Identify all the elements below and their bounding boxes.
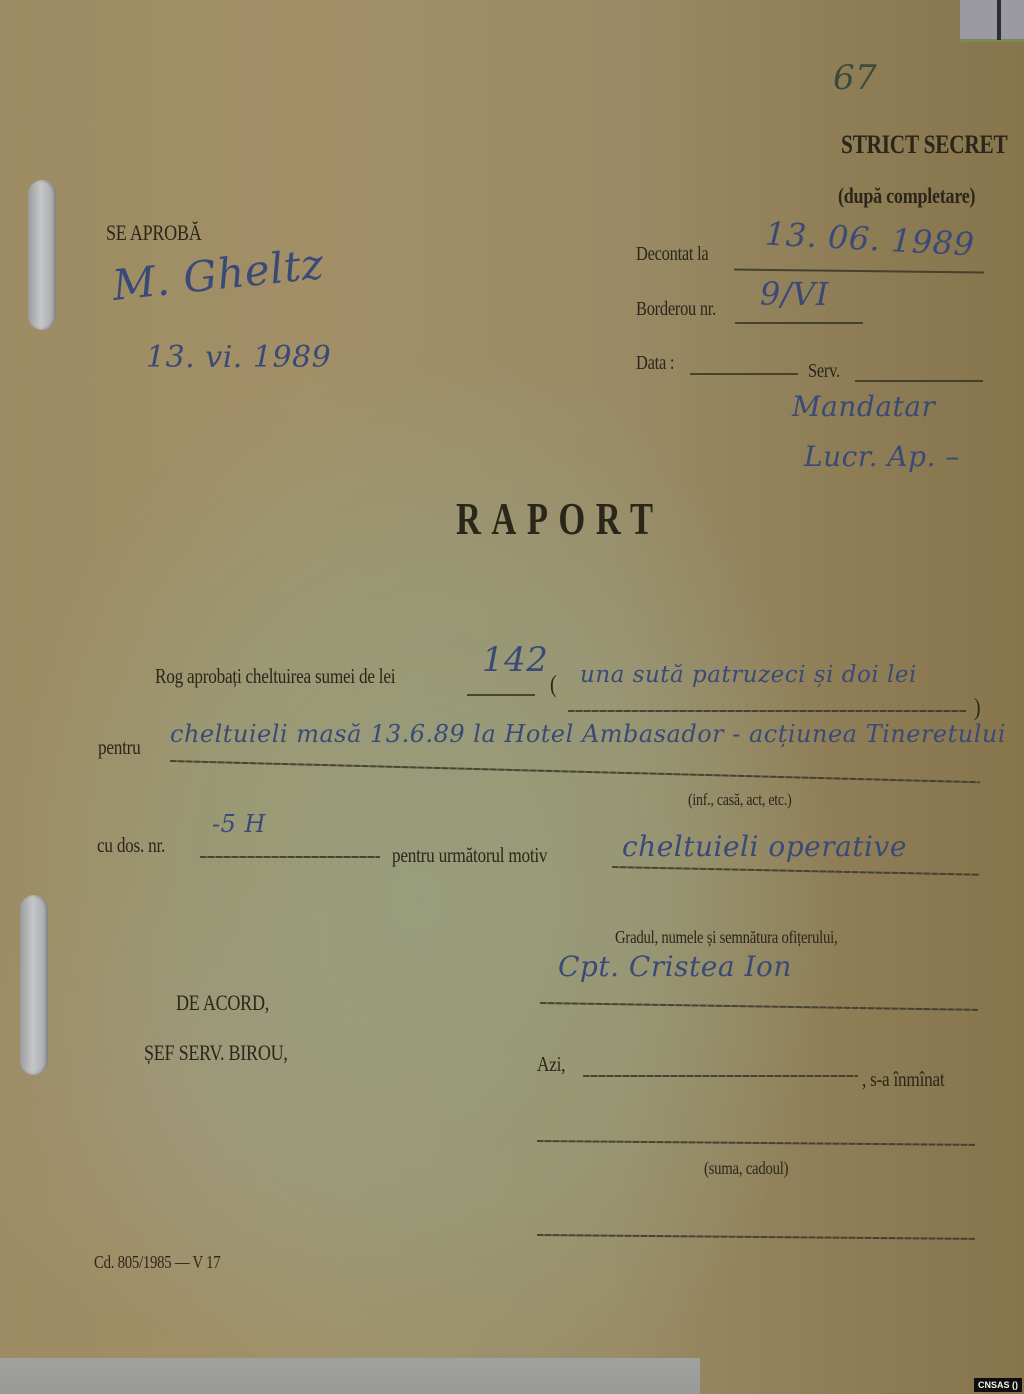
azi-label: Azi, <box>537 1052 565 1077</box>
officer-hint: Gradul, numele și semnătura ofițerului, <box>615 927 837 948</box>
agreement-label: DE ACORD, <box>176 990 269 1016</box>
approval-signature: M. Gheltz <box>110 239 326 310</box>
paren-close: ) <box>974 695 980 722</box>
classification-note: (după completare) <box>838 183 975 209</box>
scanner-edge-bottom <box>0 1358 700 1394</box>
dossier-label: cu dos. nr. <box>97 833 165 858</box>
borderou-value: 9/VI <box>760 275 829 313</box>
purpose-value: cheltuieli masă 13.6.89 la Hotel Ambasad… <box>170 720 1006 748</box>
borderou-field-line <box>735 322 863 324</box>
source-watermark: CNSAS () <box>974 1378 1022 1392</box>
approval-date: 13. vi. 1989 <box>146 340 331 375</box>
motive-value: cheltuieli operative <box>622 830 907 863</box>
page-number: 67 <box>833 58 877 98</box>
amount-in-words: una sută patruzeci și doi lei <box>580 662 917 688</box>
request-label: Rog aprobați cheltuirea sumei de lei <box>155 664 395 689</box>
decontat-value: 13. 06. 1989 <box>764 215 975 264</box>
purpose-field-line <box>170 760 980 783</box>
purpose-hint: (inf., casă, act, etc.) <box>688 790 791 810</box>
decontat-field-line <box>734 268 984 273</box>
borderou-label: Borderou nr. <box>636 298 716 321</box>
approval-label: SE APROBĂ <box>106 220 202 246</box>
officer-field-line <box>540 1002 978 1011</box>
amount-field-line <box>467 694 535 696</box>
document-title: RAPORT <box>456 492 663 545</box>
officer-signature: Cpt. Cristea Ion <box>558 950 792 983</box>
final-field-line <box>537 1234 975 1240</box>
azi-field-line <box>583 1075 858 1077</box>
inminat-label: , s-a înmînat <box>862 1067 944 1092</box>
paren-open: ( <box>550 672 556 699</box>
motive-label: pentru următorul motiv <box>392 843 547 868</box>
serv-label: Serv. <box>808 360 840 383</box>
form-code: Cd. 805/1985 — V 17 <box>94 1252 220 1273</box>
binder-hole-bottom-icon <box>20 895 48 1075</box>
suma-cadou-hint: (suma, cadoul) <box>704 1158 788 1179</box>
serv-value-line2: Lucr. Ap. – <box>804 440 960 473</box>
motive-field-line <box>612 866 980 876</box>
serv-field-line <box>855 380 983 382</box>
suma-cadou-field-line <box>537 1140 975 1146</box>
serv-value-line1: Mandatar <box>792 390 935 423</box>
scanner-edge-top <box>960 0 1024 42</box>
dossier-field-line <box>200 856 380 858</box>
classification-label: STRICT SECRET <box>841 130 1007 160</box>
purpose-label: pentru <box>98 735 141 760</box>
amount-value: 142 <box>482 640 548 680</box>
dossier-value: -5 H <box>212 810 266 838</box>
document-page: 67 STRICT SECRET (după completare) SE AP… <box>0 0 1024 1394</box>
decontat-label: Decontat la <box>636 243 708 266</box>
binder-hole-top-icon <box>28 180 56 330</box>
amount-words-field-line <box>568 710 966 712</box>
data-field-line <box>690 373 798 375</box>
data-label: Data : <box>636 352 674 375</box>
chief-label: ȘEF SERV. BIROU, <box>144 1040 288 1066</box>
